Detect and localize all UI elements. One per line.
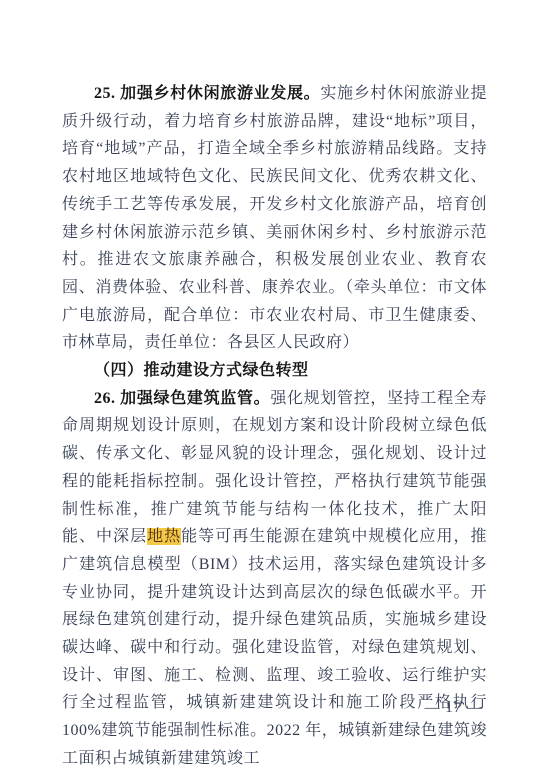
page-footer: — 17 —: [425, 700, 484, 717]
bold-lead-text: 25. 加强乡村休闲旅游业发展。: [94, 85, 320, 102]
page-number: — 17 —: [425, 700, 484, 716]
document-body: 25. 加强乡村休闲旅游业发展。实施乡村休闲旅游业提质升级行动，着力培育乡村旅游…: [62, 80, 487, 773]
paragraph: 26. 加强绿色建筑监管。强化规划管控，坚持工程全寿命周期规划设计原则，在规划方…: [62, 385, 487, 773]
body-text: 强化规划管控，坚持工程全寿命周期规划设计原则，在规划方案和设计阶段树立绿色低碳、…: [62, 390, 487, 546]
paragraph: 25. 加强乡村休闲旅游业发展。实施乡村休闲旅游业提质升级行动，着力培育乡村旅游…: [62, 80, 487, 357]
section-heading: （四）推动建设方式绿色转型: [62, 357, 487, 385]
body-text: 能等可再生能源在建筑中规模化应用，推广建筑信息模型（BIM）技术运用，落实绿色建…: [62, 528, 487, 767]
body-text: 实施乡村休闲旅游业提质升级行动，着力培育乡村旅游品牌，建设“地标”项目，培育“地…: [62, 85, 487, 351]
bold-lead-text: （四）推动建设方式绿色转型: [94, 362, 309, 379]
bold-lead-text: 26. 加强绿色建筑监管。: [94, 390, 270, 407]
highlighted-text: 地热: [147, 528, 181, 545]
document-page: 25. 加强乡村休闲旅游业发展。实施乡村休闲旅游业提质升级行动，着力培育乡村旅游…: [0, 0, 547, 779]
